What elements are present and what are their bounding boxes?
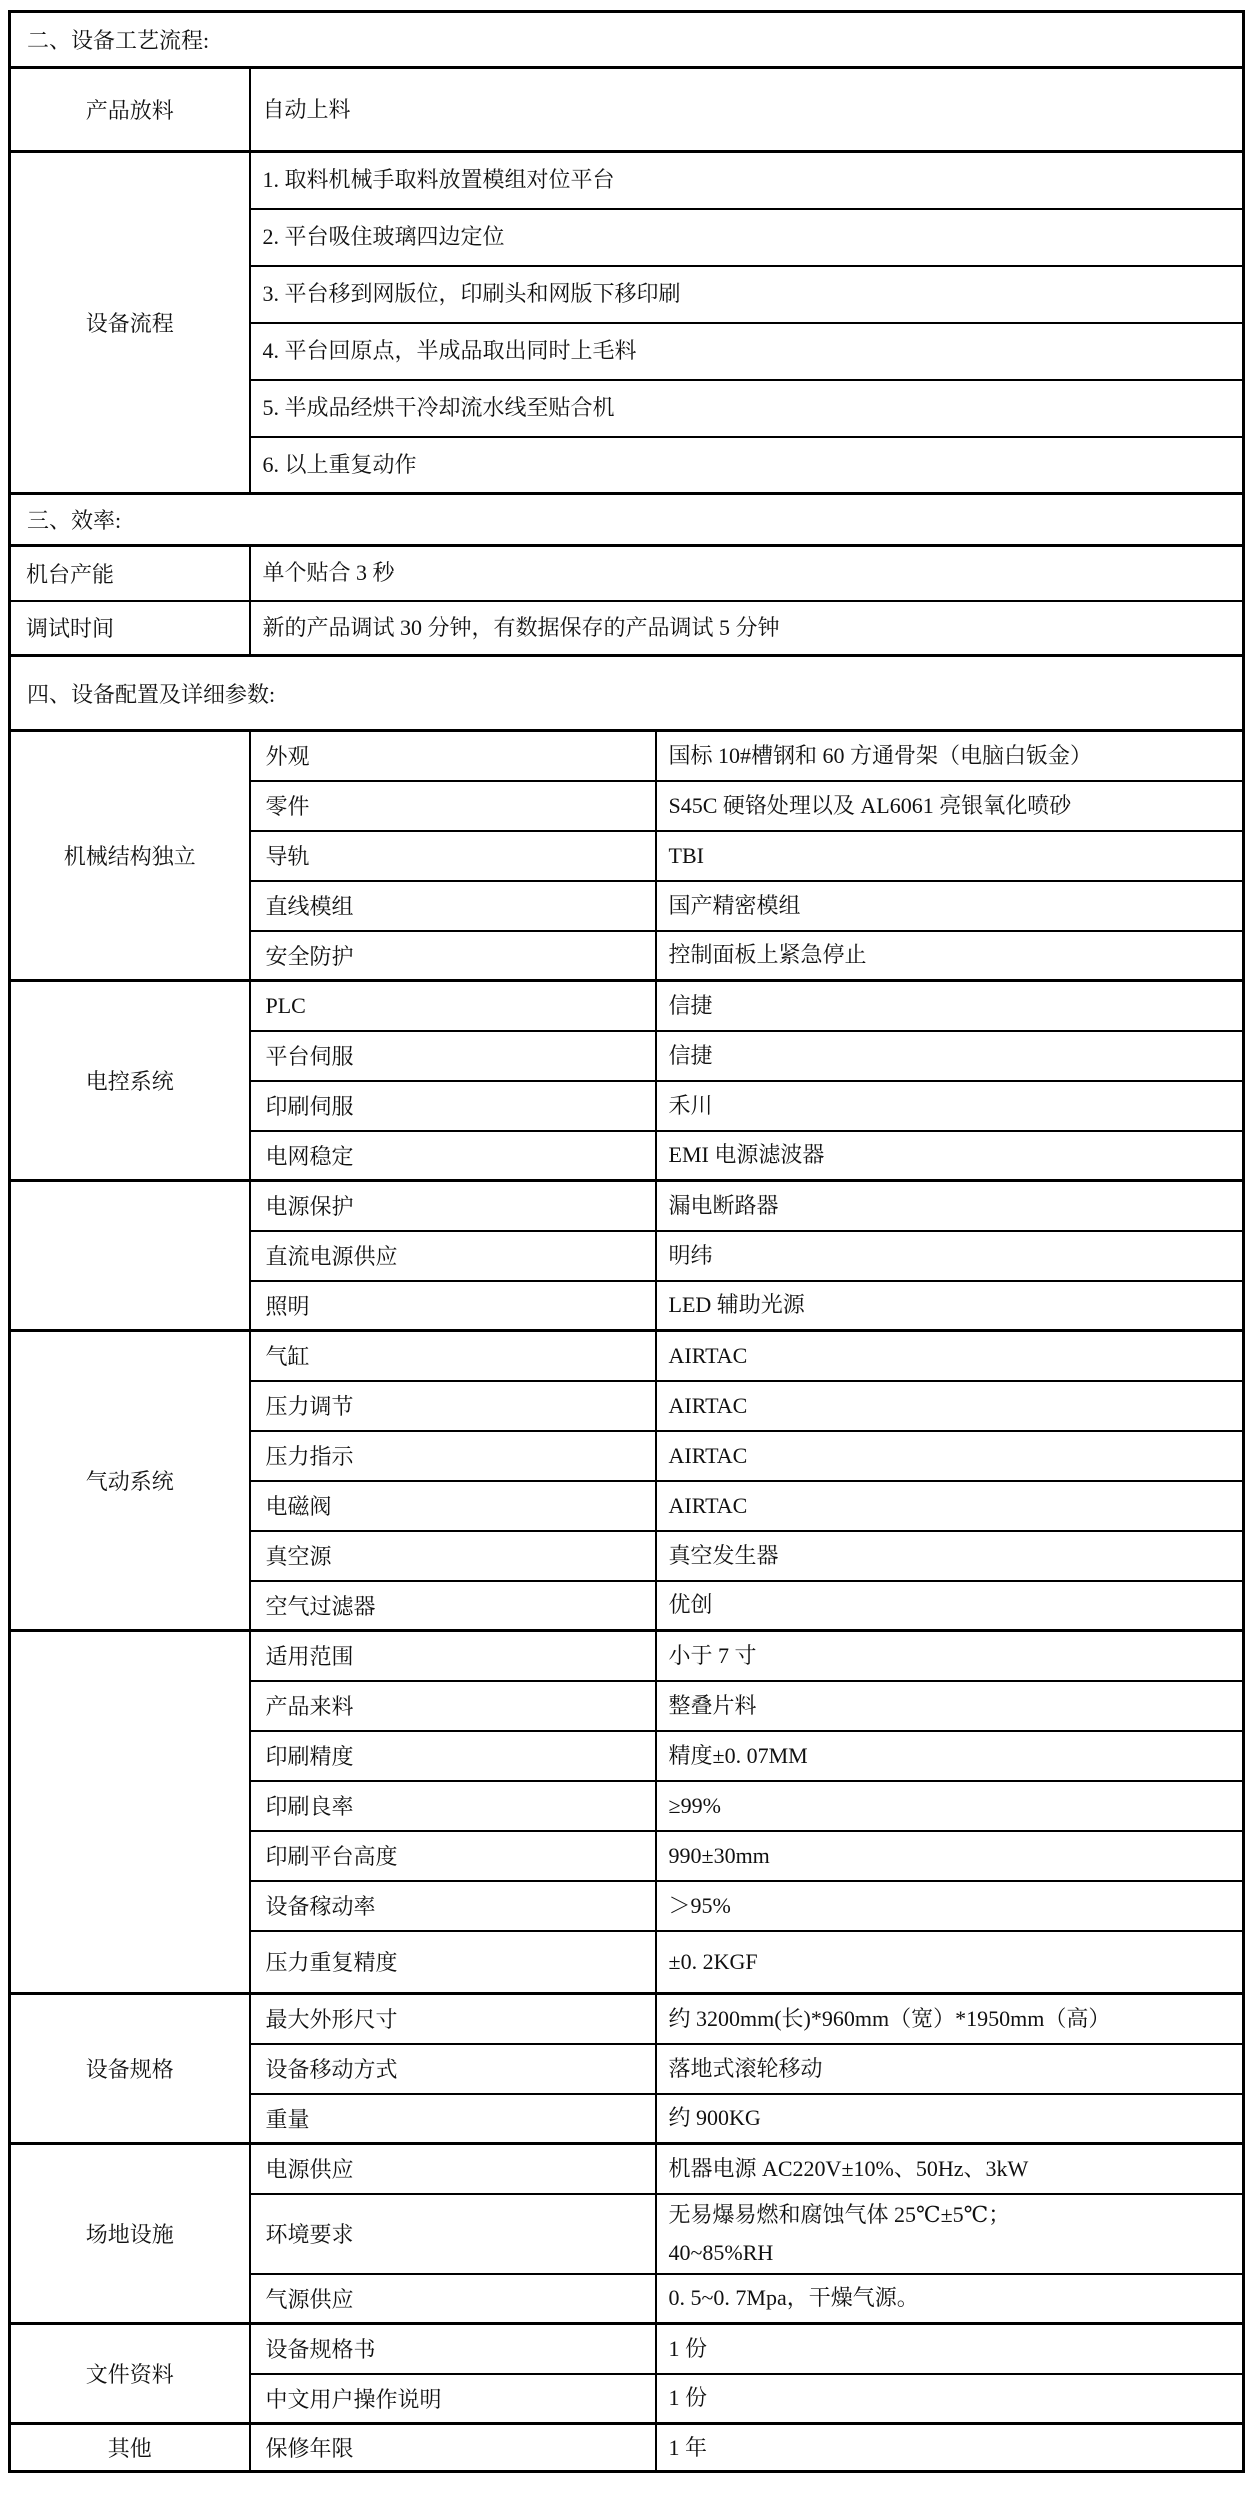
param-label: 零件 <box>250 781 656 831</box>
flow-step: 5. 半成品经烘干冷却流水线至贴合机 <box>250 380 1244 437</box>
section-header-efficiency: 三、效率: <box>10 494 1244 546</box>
param-value: 落地式滚轮移动 <box>656 2044 1244 2094</box>
group-label-site-facility: 场地设施 <box>10 2144 250 2324</box>
group-label-documents: 文件资料 <box>10 2324 250 2424</box>
param-label: 印刷平台高度 <box>250 1831 656 1881</box>
param-label: 设备移动方式 <box>250 2044 656 2094</box>
param-value: 无易爆易燃和腐蚀气体 25℃±5℃； 40~85%RH <box>656 2194 1244 2274</box>
group-label-product-feed: 产品放料 <box>10 68 250 152</box>
param-label: 压力指示 <box>250 1431 656 1481</box>
param-value: 信捷 <box>656 1031 1244 1081</box>
group-label-device-flow: 设备流程 <box>10 152 250 494</box>
param-label: 真空源 <box>250 1531 656 1581</box>
param-label: 设备规格书 <box>250 2324 656 2374</box>
param-label: 最大外形尺寸 <box>250 1994 656 2044</box>
param-label: 调试时间 <box>10 601 250 656</box>
param-value: 优创 <box>656 1581 1244 1631</box>
param-value: 机器电源 AC220V±10%、50Hz、3kW <box>656 2144 1244 2194</box>
param-label: 气缸 <box>250 1331 656 1381</box>
param-value: 1 年 <box>656 2424 1244 2472</box>
group-label-pneumatic: 气动系统 <box>10 1331 250 1631</box>
param-value: ＞95% <box>656 1881 1244 1931</box>
param-value: S45C 硬铬处理以及 AL6061 亮银氧化喷砂 <box>656 781 1244 831</box>
param-label: 适用范围 <box>250 1631 656 1681</box>
param-label: 压力重复精度 <box>250 1931 656 1994</box>
param-value: 1 份 <box>656 2374 1244 2424</box>
document-page: 二、设备工艺流程: 产品放料 自动上料 设备流程 1. 取料机械手取料放置模组对… <box>8 10 1242 2473</box>
param-label: 压力调节 <box>250 1381 656 1431</box>
param-label: 保修年限 <box>250 2424 656 2472</box>
param-value: ±0. 2KGF <box>656 1931 1244 1994</box>
param-value: 自动上料 <box>250 68 1244 152</box>
flow-step: 6. 以上重复动作 <box>250 437 1244 494</box>
group-label-other: 其他 <box>10 2424 250 2472</box>
section-header-config: 四、设备配置及详细参数: <box>10 656 1244 731</box>
param-label: PLC <box>250 981 656 1031</box>
param-value: 国产精密模组 <box>656 881 1244 931</box>
param-label: 印刷伺服 <box>250 1081 656 1131</box>
param-value: 新的产品调试 30 分钟，有数据保存的产品调试 5 分钟 <box>250 601 1244 656</box>
param-label: 空气过滤器 <box>250 1581 656 1631</box>
param-label: 机台产能 <box>10 546 250 601</box>
group-label-equipment-spec: 设备规格 <box>10 1994 250 2144</box>
param-value: 真空发生器 <box>656 1531 1244 1581</box>
param-value: 控制面板上紧急停止 <box>656 931 1244 981</box>
flow-step: 2. 平台吸住玻璃四边定位 <box>250 209 1244 266</box>
param-value: AIRTAC <box>656 1431 1244 1481</box>
param-label: 中文用户操作说明 <box>250 2374 656 2424</box>
param-value: AIRTAC <box>656 1481 1244 1531</box>
group-label-electrical-control: 电控系统 <box>10 981 250 1181</box>
group-label-mechanical-structure: 机械结构独立 <box>10 731 250 981</box>
group-label-empty-1 <box>10 1181 250 1331</box>
param-value: 信捷 <box>656 981 1244 1031</box>
param-value: 小于 7 寸 <box>656 1631 1244 1681</box>
param-label: 气源供应 <box>250 2274 656 2324</box>
param-value: 漏电断路器 <box>656 1181 1244 1231</box>
param-value: 整叠片料 <box>656 1681 1244 1731</box>
param-value: 1 份 <box>656 2324 1244 2374</box>
param-value: 精度±0. 07MM <box>656 1731 1244 1781</box>
param-label: 照明 <box>250 1281 656 1331</box>
flow-step: 1. 取料机械手取料放置模组对位平台 <box>250 152 1244 209</box>
flow-step: 4. 平台回原点，半成品取出同时上毛料 <box>250 323 1244 380</box>
param-value: LED 辅助光源 <box>656 1281 1244 1331</box>
param-label: 电网稳定 <box>250 1131 656 1181</box>
param-value: EMI 电源滤波器 <box>656 1131 1244 1181</box>
param-value: 990±30mm <box>656 1831 1244 1881</box>
section-header-process: 二、设备工艺流程: <box>10 12 1244 68</box>
flow-step: 3. 平台移到网版位，印刷头和网版下移印刷 <box>250 266 1244 323</box>
param-label: 电磁阀 <box>250 1481 656 1531</box>
param-value: 约 900KG <box>656 2094 1244 2144</box>
param-label: 重量 <box>250 2094 656 2144</box>
param-value: AIRTAC <box>656 1331 1244 1381</box>
param-label: 印刷精度 <box>250 1731 656 1781</box>
param-label: 设备稼动率 <box>250 1881 656 1931</box>
param-value: 明纬 <box>656 1231 1244 1281</box>
param-value: TBI <box>656 831 1244 881</box>
param-label: 环境要求 <box>250 2194 656 2274</box>
param-label: 导轨 <box>250 831 656 881</box>
param-label: 电源保护 <box>250 1181 656 1231</box>
param-value: 国标 10#槽钢和 60 方通骨架（电脑白钣金） <box>656 731 1244 781</box>
param-label: 直线模组 <box>250 881 656 931</box>
param-value: ≥99% <box>656 1781 1244 1831</box>
param-value: 约 3200mm(长)*960mm（宽）*1950mm（高） <box>656 1994 1244 2044</box>
group-label-empty-2 <box>10 1631 250 1994</box>
param-label: 印刷良率 <box>250 1781 656 1831</box>
param-label: 电源供应 <box>250 2144 656 2194</box>
param-label: 产品来料 <box>250 1681 656 1731</box>
param-value: 禾川 <box>656 1081 1244 1131</box>
equipment-spec-table: 二、设备工艺流程: 产品放料 自动上料 设备流程 1. 取料机械手取料放置模组对… <box>8 10 1245 2473</box>
param-label: 平台伺服 <box>250 1031 656 1081</box>
param-value: 单个贴合 3 秒 <box>250 546 1244 601</box>
param-value: 0. 5~0. 7Mpa，干燥气源。 <box>656 2274 1244 2324</box>
param-label: 安全防护 <box>250 931 656 981</box>
param-value: AIRTAC <box>656 1381 1244 1431</box>
param-label: 直流电源供应 <box>250 1231 656 1281</box>
param-label: 外观 <box>250 731 656 781</box>
